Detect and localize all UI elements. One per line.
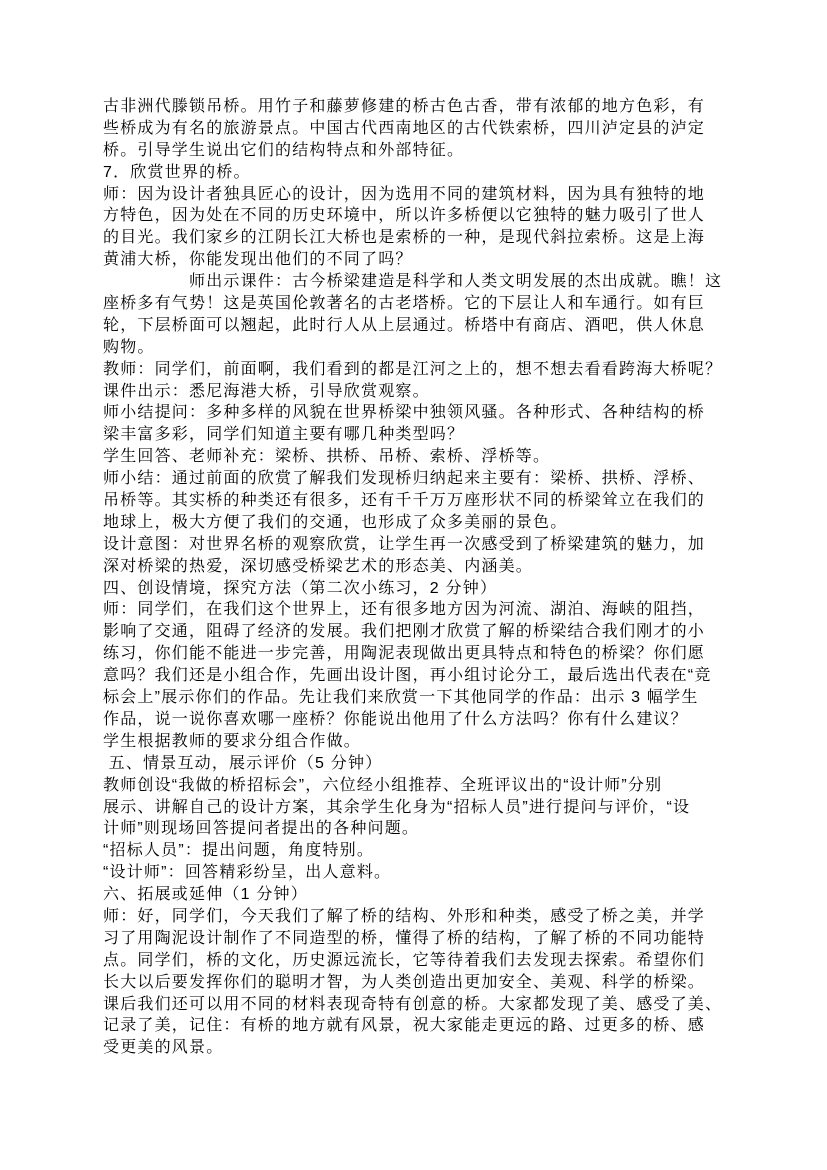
text-line: 师：好，同学们，今天我们了解了桥的结构、外形和种类，感受了桥之美，并学 — [103, 906, 727, 928]
text-line: 影响了交通，阻碍了经济的发展。我们把刚才欣赏了解的桥梁结合我们刚才的小 — [103, 621, 727, 643]
text-line: 师出示课件：古今桥梁建造是科学和人类文明发展的杰出成就。瞧！这 — [103, 271, 727, 293]
text-line: “招标人员”：提出问题，角度特别。 — [103, 840, 727, 862]
text-line: 座桥多有气势！这是英国伦敦著名的古老塔桥。它的下层让人和车通行。如有巨 — [103, 293, 727, 315]
text-line: 购物。 — [103, 337, 727, 359]
text-line: 古非洲代滕锁吊桥。用竹子和藤萝修建的桥古色古香，带有浓郁的地方色彩，有 — [103, 96, 727, 118]
text-line: 教师：同学们，前面啊，我们看到的都是江河之上的，想不想去看看跨海大桥呢？ — [103, 359, 727, 381]
text-line: 梁丰富多彩，同学们知道主要有哪几种类型吗？ — [103, 424, 727, 446]
text-line: 方特色，因为处在不同的历史环境中，所以许多桥便以它独特的魅力吸引了世人 — [103, 205, 727, 227]
text-line: 7．欣赏世界的桥。 — [103, 162, 727, 184]
text-line: 吊桥等。其实桥的种类还有很多，还有千千万万座形状不同的桥梁耸立在我们的 — [103, 490, 727, 512]
text-line: 设计意图：对世界名桥的观察欣赏，让学生再一次感受到了桥梁建筑的魅力，加 — [103, 534, 727, 556]
text-line: 学生回答、老师补充：梁桥、拱桥、吊桥、索桥、浮桥等。 — [103, 446, 727, 468]
text-line: 长大以后要发挥你们的聪明才智，为人类创造出更加安全、美观、科学的桥梁。 — [103, 972, 727, 994]
text-line: 四、创设情境，探究方法（第二次小练习，2 分钟） — [103, 578, 727, 600]
text-line: 点。同学们，桥的文化，历史源远流长，它等待着我们去发现去探索。希望你们 — [103, 950, 727, 972]
text-line: 学生根据教师的要求分组合作做。 — [103, 731, 727, 753]
text-line: 轮，下层桥面可以翘起，此时行人从上层通过。桥塔中有商店、酒吧，供人休息 — [103, 315, 727, 337]
text-line: 课件出示：悉尼海港大桥，引导欣赏观察。 — [103, 381, 727, 403]
document-page: 古非洲代滕锁吊桥。用竹子和藤萝修建的桥古色古香，带有浓郁的地方色彩，有些桥成为有… — [103, 96, 727, 1059]
text-line: 师小结提问：多种多样的风貌在世界桥梁中独领风骚。各种形式、各种结构的桥 — [103, 402, 727, 424]
text-line: 五、情景互动，展示评价（5 分钟） — [103, 753, 727, 775]
text-line: 些桥成为有名的旅游景点。中国古代西南地区的古代铁索桥，四川泸定县的泸定 — [103, 118, 727, 140]
text-line: 习了用陶泥设计制作了不同造型的桥，懂得了桥的结构，了解了桥的不同功能特 — [103, 928, 727, 950]
text-line: 师：因为设计者独具匠心的设计，因为选用不同的建筑材料，因为具有独特的地 — [103, 184, 727, 206]
text-line: 作品，说一说你喜欢哪一座桥？你能说出他用了什么方法吗？你有什么建议？ — [103, 709, 727, 731]
text-line: 受更美的风景。 — [103, 1037, 727, 1059]
text-line: 教师创设“我做的桥招标会”，六位经小组推荐、全班评议出的“设计师”分别 — [103, 775, 727, 797]
text-line: 黄浦大桥，你能发现出他们的不同了吗？ — [103, 249, 727, 271]
text-line: 展示、讲解自己的设计方案，其余学生化身为“招标人员”进行提问与评价，“设 — [103, 797, 727, 819]
text-line: 桥。引导学生说出它们的结构特点和外部特征。 — [103, 140, 727, 162]
text-line: 地球上，极大方便了我们的交通，也形成了众多美丽的景色。 — [103, 512, 727, 534]
text-line: 深对桥梁的热爱，深切感受桥梁艺术的形态美、内涵美。 — [103, 556, 727, 578]
text-line: 六、拓展或延伸（1 分钟） — [103, 884, 727, 906]
text-line: 师：同学们，在我们这个世界上，还有很多地方因为河流、湖泊、海峡的阻挡， — [103, 599, 727, 621]
text-line: 标会上”展示你们的作品。先让我们来欣赏一下其他同学的作品：出示 3 幅学生 — [103, 687, 727, 709]
text-line: 的目光。我们家乡的江阴长江大桥也是索桥的一种，是现代斜拉索桥。这是上海 — [103, 227, 727, 249]
text-line: 练习，你们能不能进一步完善，用陶泥表现做出更具特点和特色的桥梁？你们愿 — [103, 643, 727, 665]
text-line: 计师”则现场回答提问者提出的各种问题。 — [103, 818, 727, 840]
text-line: 意吗？我们还是小组合作，先画出设计图，再小组讨论分工，最后选出代表在“竞 — [103, 665, 727, 687]
text-line: 师小结：通过前面的欣赏了解我们发现桥归纳起来主要有：梁桥、拱桥、浮桥、 — [103, 468, 727, 490]
text-line: 记录了美，记住：有桥的地方就有风景，祝大家能走更远的路、过更多的桥、感 — [103, 1015, 727, 1037]
text-line: 课后我们还可以用不同的材料表现奇特有创意的桥。大家都发现了美、感受了美、 — [103, 994, 727, 1016]
text-line: “设计师”：回答精彩纷呈，出人意料。 — [103, 862, 727, 884]
